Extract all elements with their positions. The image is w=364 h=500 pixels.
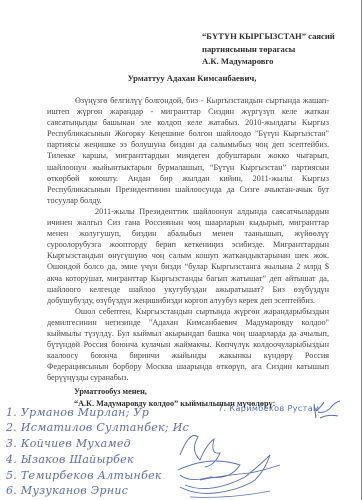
text-line: Ошондой болсо да, эмне үчүн бизди “булар… (47, 261, 329, 272)
text-line: берүүңүзды суранабыз. (47, 372, 329, 383)
text-line: кыймылы түзүлдү. Бул кыймыл акырындап ба… (47, 328, 329, 339)
signature-1: 1. Урманов Мирлан; Ур (6, 406, 149, 419)
text-line: добушубузду, өзүбүздүн жеңишибизди корго… (47, 295, 329, 306)
text-line: шайлоонун жыйынтыктарын бурмалашып, “Бүт… (47, 162, 329, 173)
text-line: шайлоого келгенде шайлоо укугубуздан ажы… (47, 284, 329, 295)
text-line: Ошол себептен, Кыргызстандын сыртында жү… (47, 306, 329, 317)
signature-7: 7. Каримбеков Рустам (218, 404, 319, 413)
signature-4: 4. Ызаков Шайырбек (6, 453, 134, 466)
paragraph-1: Өзүңүзгө белгилүү болгондой, биз - Кыргы… (47, 95, 329, 206)
text-line: Республикасынын Президентинин шайлоосунд… (47, 184, 329, 195)
signature-6: 6. Музуканов Эрнис (6, 484, 128, 497)
closing-regards: Урматтообуз менен, (74, 386, 275, 398)
text-line: менен жолугушуп, биздин абалыбыз менен т… (47, 228, 329, 239)
paragraph-2: 2011-жылы Президенттик шайлоонун алдында… (47, 206, 329, 306)
salutation: Урматтуу Адахан Кимсанбаевич, (0, 73, 364, 83)
signature-scribble-icon (170, 425, 290, 500)
text-line: тосуулар болду. (47, 195, 329, 206)
signature-3: 3. Койчиев Мухамед (6, 437, 131, 450)
text-line: ичинен жалгыз Сиз гана Россиянын чоң шаа… (47, 217, 329, 228)
signature-2: 2. Исматилов Султанбек; Ис (6, 421, 189, 434)
text-line: бүтүндөй Россия боюнча кулачын жаймакчы.… (47, 339, 329, 350)
party-name: “БҮТҮН КЫРГЫЗСТАН” (202, 31, 306, 41)
text-line: акча которушат, мигранттар Кыргызстанды … (47, 273, 329, 284)
party-type: саясий (306, 31, 335, 41)
text-line: суроолорубузга жоопторду берип кеткениңи… (47, 239, 329, 250)
text-line: иштеп жүргөн жарандар - мигранттар Сизди… (47, 106, 329, 117)
text-line: Өзүңүзгө белгилүү болгондой, биз - Кыргы… (47, 95, 329, 106)
letter-body: Өзүңүзгө белгилүү болгондой, биз - Кыргы… (47, 95, 329, 383)
addressee-line-1: “БҮТҮН КЫРГЫЗСТАН” саясий (202, 30, 335, 43)
paragraph-3: Ошол себептен, Кыргызстандын сыртында жү… (47, 306, 329, 384)
text-line: 2011-жылы Президенттик шайлоонун алдында… (47, 206, 329, 217)
text-line: Республикасынын Жогорку Кеңешине болгон … (47, 128, 329, 139)
text-line: Тилекке каршы, мигранттардын миңдеген до… (47, 150, 329, 161)
signature-5: 5. Темирбеков Алтынбек (6, 469, 162, 482)
text-line: Кыргызстандын өнүгүшүнө чоң салым кошуп … (47, 250, 329, 261)
addressee-block: “БҮТҮН КЫРГЫЗСТАН” саясий партиясынын тө… (202, 30, 335, 68)
addressee-line-2: партиясынын төрагасы (202, 43, 335, 56)
text-line: каалоосу боюнча биринчи жыйынды жакынкы … (47, 350, 329, 361)
text-line: Федерациясынын борбору Москва шаарында ө… (47, 361, 329, 372)
signature-scribble-icon (310, 400, 344, 422)
text-line: өткөрбөй коюшту. Андан бир жылдан кийин,… (47, 173, 329, 184)
text-line: саясатыңызды башынан эле колдоп келе жат… (47, 117, 329, 128)
text-line: демилгесинин негизинде "Адахан Кимсанбае… (47, 317, 329, 328)
addressee-line-3: А.К. Мадумаровго (202, 55, 335, 68)
text-line: партиясы жеңишке ээ болушуна биздин да с… (47, 139, 329, 150)
